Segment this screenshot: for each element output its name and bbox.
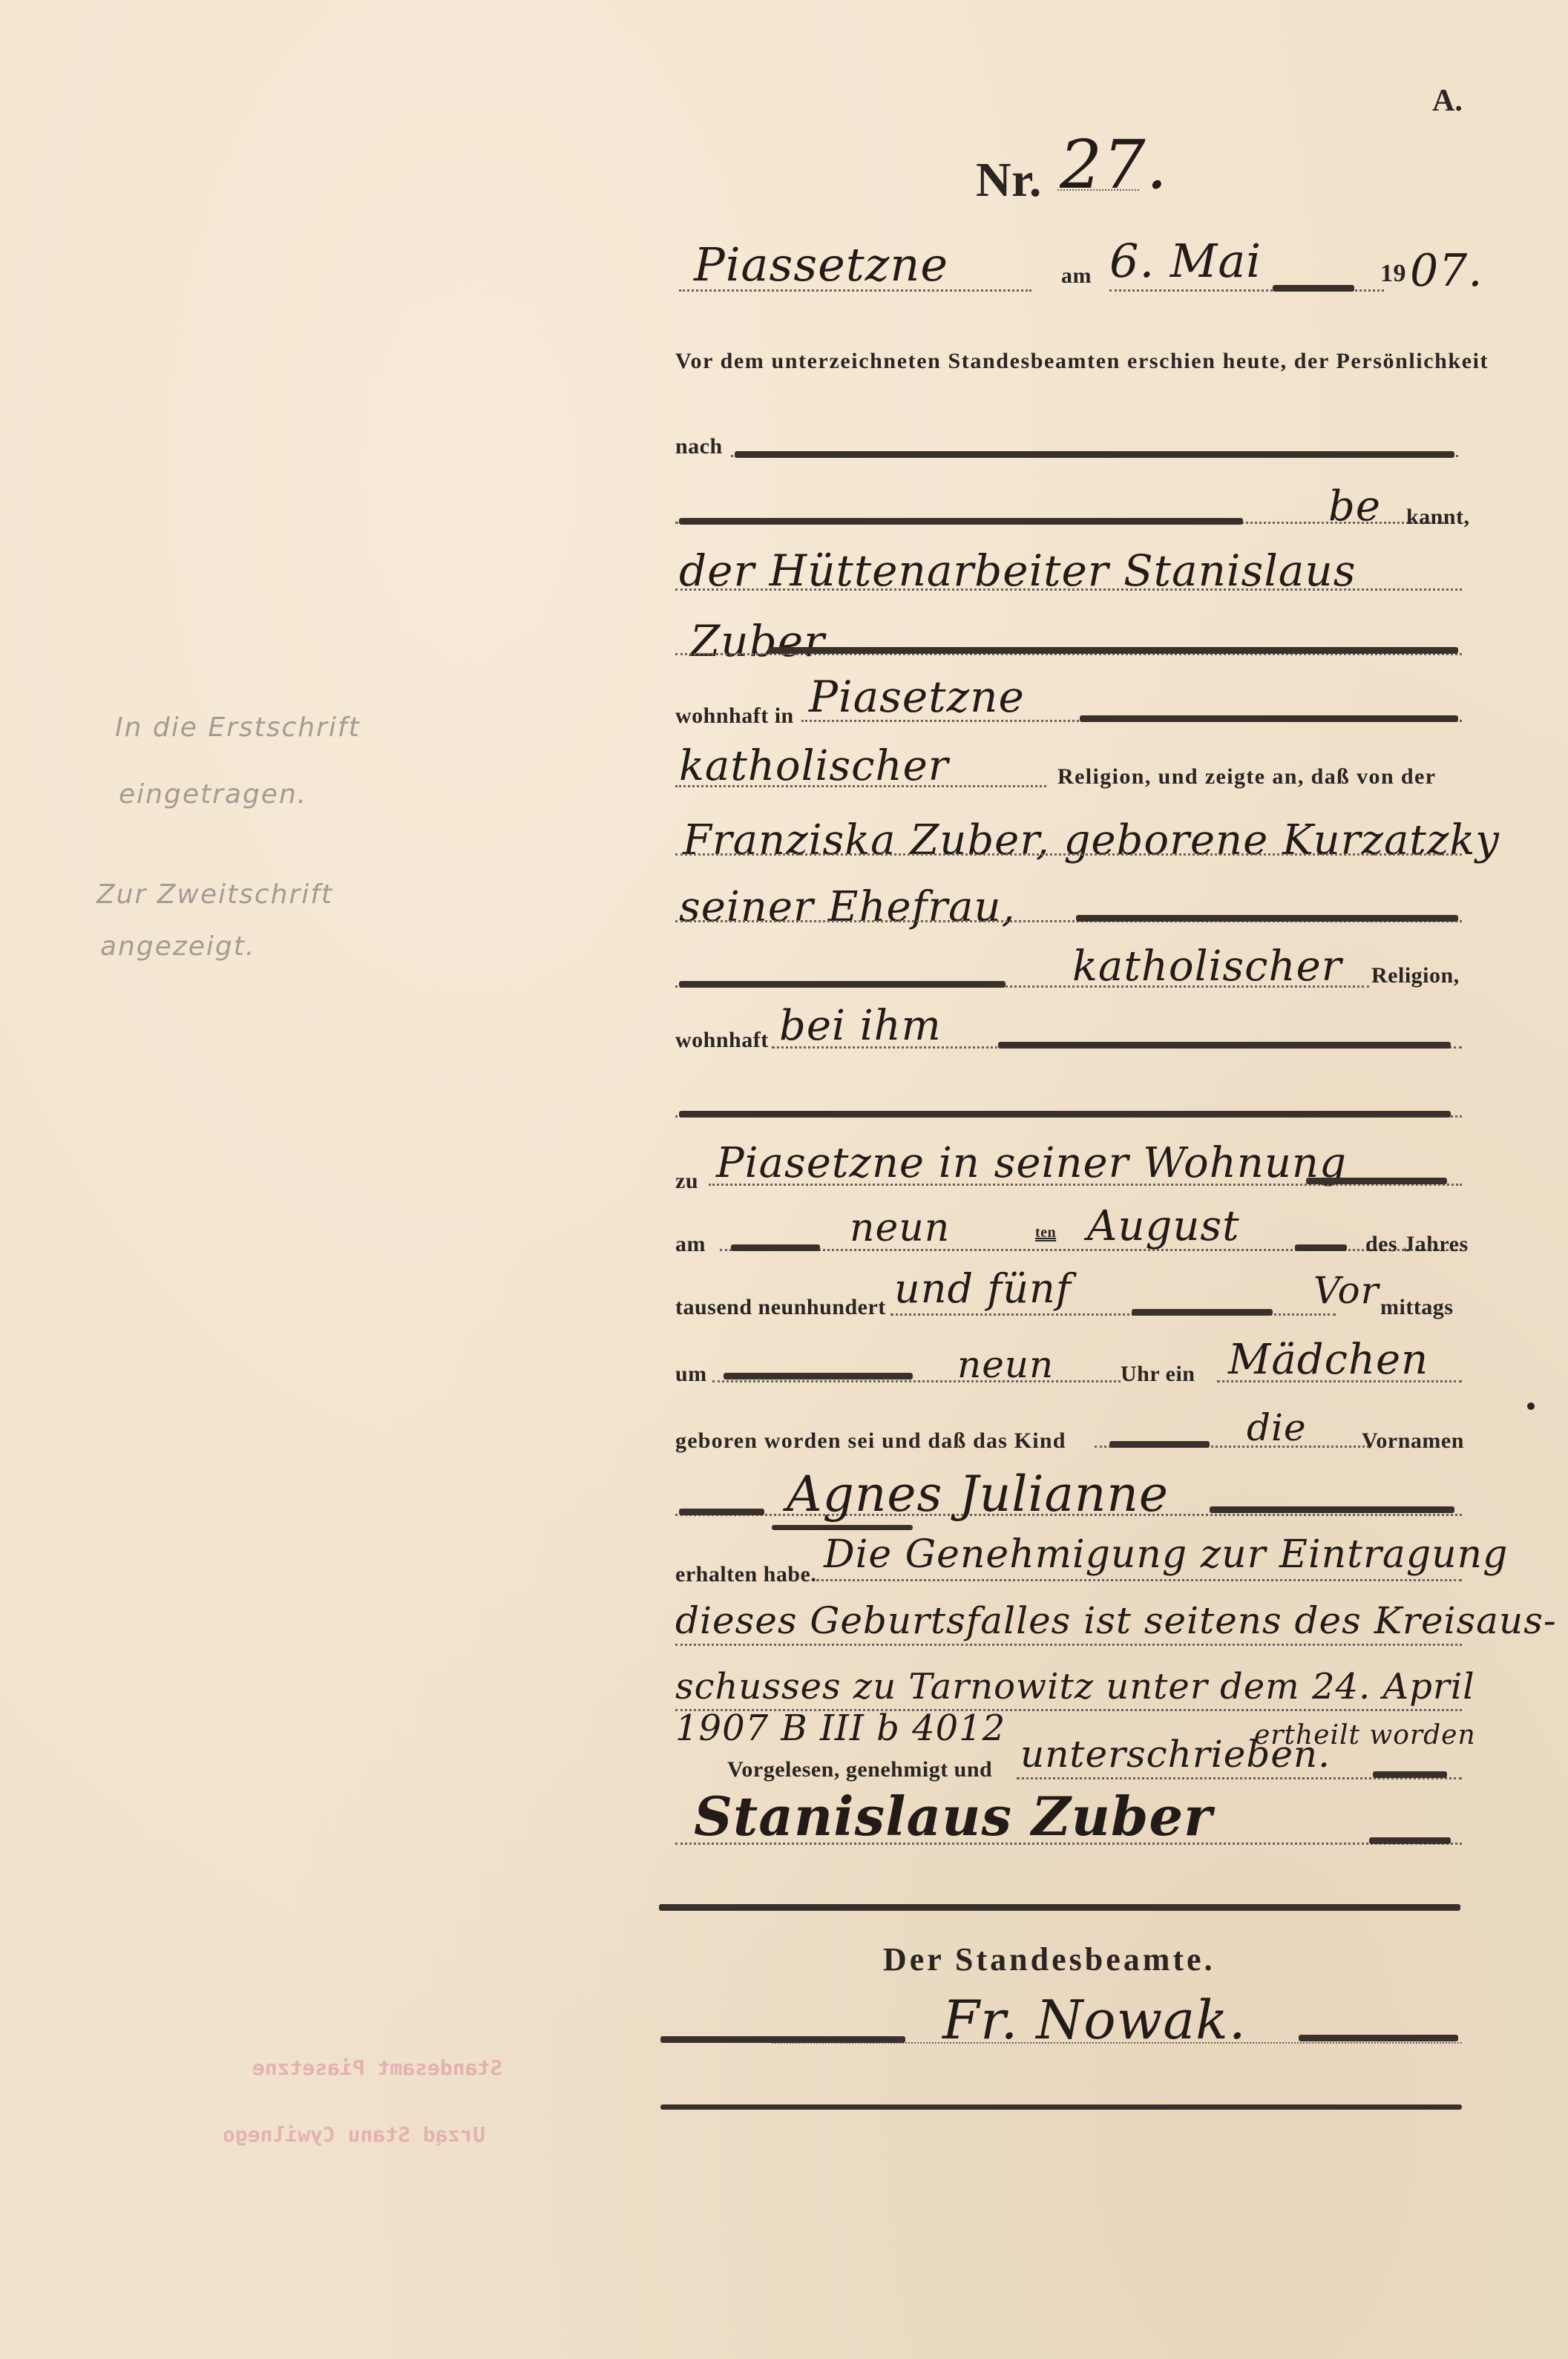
mittags-label: mittags	[1380, 1295, 1453, 1320]
margin-note-line-2: eingetragen.	[119, 779, 307, 810]
birth-place-fillbar	[1306, 1178, 1447, 1184]
birth-year-fillbar	[1132, 1309, 1273, 1316]
mother-line-2: seiner Ehefrau,	[679, 883, 1015, 931]
registrar-fillbar-2	[1299, 2035, 1458, 2041]
remark-line-1: Die Genehmigung zur Eintragung	[824, 1532, 1508, 1577]
separator-line	[659, 1904, 1460, 1911]
signature-dotline	[675, 1843, 1462, 1845]
number-dotline	[1057, 189, 1139, 191]
geboren-text: geboren worden sei und daß das Kind	[675, 1428, 1066, 1454]
names-fillbar-1	[679, 1509, 764, 1515]
residence-handwritten: Piasetzne	[809, 672, 1025, 722]
informant-dotline-1	[675, 588, 1462, 591]
date-fillbar	[1273, 285, 1354, 292]
des-jahres: des Jahres	[1365, 1232, 1469, 1257]
birth-month-handwritten: August	[1087, 1202, 1240, 1250]
vornamen-label: Vornamen	[1362, 1428, 1464, 1454]
registrar-title: Der Standesbeamte.	[883, 1940, 1216, 1978]
given-names-underline	[772, 1525, 913, 1530]
hour-dotline	[712, 1380, 1121, 1382]
margin-note-line-1: In die Erstschrift	[115, 712, 361, 743]
date-prefix: am	[1061, 263, 1092, 289]
mother-dotline-1	[675, 853, 1462, 856]
series-letter: A.	[1432, 83, 1463, 119]
number-label: Nr.	[976, 152, 1042, 209]
signature-fillbar	[1369, 1837, 1451, 1844]
nach-fillbar	[735, 451, 1454, 458]
sex-dotline	[1217, 1380, 1462, 1382]
birth-day-handwritten: neun	[850, 1206, 950, 1250]
tausend-neunhundert: tausend neunhundert	[675, 1295, 886, 1320]
date-handwritten: 6. Mai	[1109, 234, 1262, 288]
uhr-ein-label: Uhr ein	[1121, 1362, 1195, 1387]
place-dotline	[679, 289, 1031, 292]
remark-dotline-1	[816, 1579, 1462, 1581]
religion-text: Religion, und zeigte an, daß von der	[1057, 764, 1436, 790]
informant-signature: Stanislaus Zuber	[694, 1785, 1213, 1848]
bottom-line	[660, 2104, 1462, 2110]
registrar-fillbar-1	[660, 2036, 905, 2043]
margin-note-line-3: Zur Zweitschrift	[96, 879, 333, 910]
mother-religion-label: Religion,	[1371, 963, 1460, 988]
remark-dotline-3	[675, 1709, 1462, 1711]
blank-fillbar	[679, 1111, 1451, 1118]
bekannt-fillbar	[679, 518, 1243, 525]
birth-place-handwritten: Piasetzne in seiner Wohnung	[716, 1139, 1347, 1187]
mother-residence-fillbar	[998, 1042, 1451, 1049]
wohnhaft-in-label: wohnhaft in	[675, 703, 794, 729]
informant-fillbar	[768, 647, 1458, 654]
vorgelesen-fillbar	[1373, 1771, 1447, 1778]
vorgelesen-handwritten: unterschrieben.	[1020, 1733, 1331, 1776]
remark-dotline-2	[675, 1644, 1462, 1646]
um-label: um	[675, 1362, 707, 1387]
die-handwritten: die	[1247, 1406, 1307, 1449]
kind-fillbar	[1109, 1441, 1210, 1448]
ten-suffix: ten	[1035, 1224, 1056, 1241]
stamp-offset-line-1: Standesamt Piasetzne	[252, 2055, 502, 2080]
mother-residence-handwritten: bei ihm	[779, 1002, 942, 1050]
birth-hour-handwritten: neun	[957, 1343, 1054, 1386]
place-handwritten: Piassetzne	[694, 237, 948, 292]
margin-note-line-4: angezeigt.	[100, 931, 255, 962]
hour-fillbar	[724, 1373, 913, 1379]
mother-religion-handwritten: katholischer	[1072, 942, 1342, 991]
register-number: 27.	[1060, 126, 1168, 204]
birth-date-fillbar-1	[731, 1244, 820, 1251]
remark-line-2: dieses Geburtsfalles ist seitens des Kre…	[675, 1599, 1557, 1642]
year-handwritten: 07.	[1410, 245, 1483, 297]
nach-label: nach	[675, 434, 723, 459]
religion-dotline	[675, 785, 1046, 787]
vorgelesen-label: Vorgelesen, genehmigt und	[727, 1757, 992, 1782]
names-fillbar-2	[1210, 1506, 1454, 1513]
erhalten-label: erhalten habe.	[675, 1562, 816, 1587]
birth-date-fillbar-2	[1295, 1244, 1347, 1251]
religion-handwritten: katholischer	[679, 742, 949, 790]
bekannt-handwritten: be	[1328, 482, 1381, 531]
zu-label: zu	[675, 1169, 698, 1194]
residence-fillbar	[1080, 715, 1458, 722]
vor-handwritten: Vor	[1313, 1269, 1380, 1312]
child-sex-handwritten: Mädchen	[1228, 1336, 1428, 1384]
informant-line-2: Zuber	[690, 616, 825, 666]
year-printed: 19	[1380, 260, 1406, 288]
birth-year-handwritten: und fünf	[894, 1265, 1072, 1312]
am-label: am	[675, 1232, 706, 1257]
mother-line-1: Franziska Zuber, geborene Kurzatzky	[683, 816, 1500, 864]
stamp-offset-line-2: Urząd Stanu Cywilnego	[223, 2122, 485, 2147]
ink-dot	[1527, 1402, 1535, 1410]
mother-religion-fillbar	[679, 981, 1006, 988]
mother-fillbar-2	[1076, 915, 1458, 922]
bekannt-printed: kannt,	[1406, 505, 1470, 530]
wohnhaft-label: wohnhaft	[675, 1028, 769, 1053]
given-names-handwritten: Agnes Julianne	[787, 1466, 1169, 1523]
intro-text: Vor dem unterzeichneten Standesbeamten e…	[675, 349, 1489, 374]
